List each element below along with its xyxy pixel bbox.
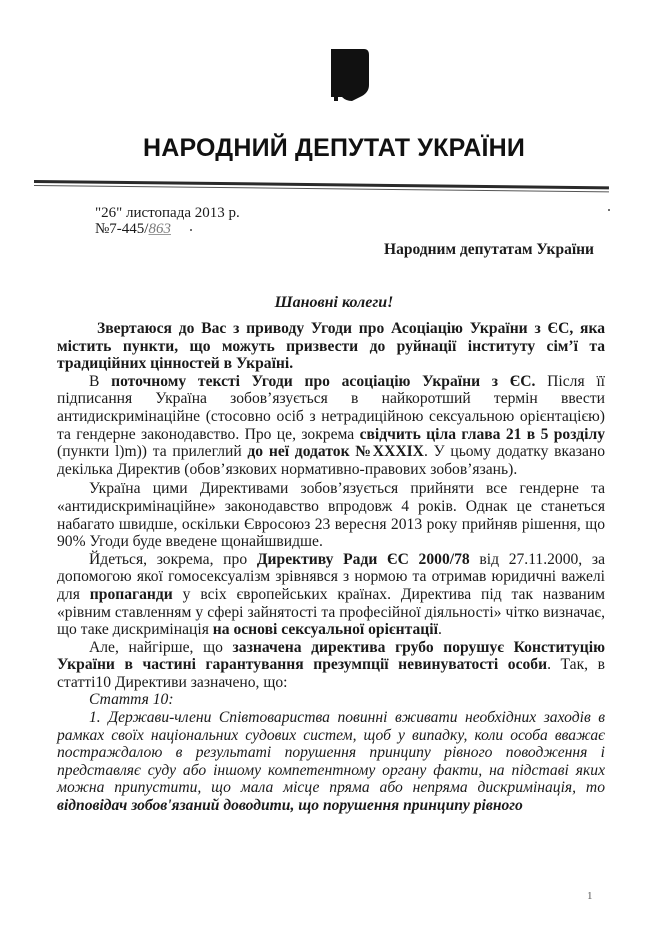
document-heading: НАРОДНИЙ ДЕПУТАТ УКРАЇНИ: [0, 134, 668, 163]
text-run: Але, найгірше, що: [89, 639, 233, 656]
paragraph-4: Йдеться, зокрема, про Директиву Ради ЄС …: [57, 551, 605, 639]
text-run-bold-italic: відповідач зобов'язаний доводити, що пор…: [57, 797, 523, 814]
addressee: Народним депутатам України: [384, 241, 594, 259]
document-number-prefix: №7-445/: [95, 221, 148, 237]
paragraph-1: Звертаюся до Вас з приводу Угоди про Асо…: [57, 320, 605, 373]
scan-speck: [190, 229, 192, 231]
text-run-bold: Директиву Ради ЄС 2000/78: [257, 551, 470, 568]
paragraph-2: В поточному тексті Угоди про асоціацію У…: [57, 373, 605, 479]
letter-body: Звертаюся до Вас з приводу Угоди про Асо…: [57, 320, 605, 815]
scan-speck: [608, 209, 610, 211]
text-run-bold: свідчить ціла глава 21 в 5 розділу: [360, 426, 605, 443]
text-run: Йдеться, зокрема, про: [89, 551, 257, 568]
text-run: (пункти l)m)) та прилеглий: [57, 443, 247, 460]
text-run: .: [438, 621, 442, 638]
article-quote: 1. Держави-члени Співтовариства повинні …: [57, 709, 605, 815]
salutation: Шановні колеги!: [0, 294, 668, 312]
paragraph-3: Україна цими Директивами зобов’язується …: [57, 480, 605, 550]
document-number-handwritten: 863: [148, 221, 171, 237]
document-meta: "26" листопада 2013 р. №7-445/863: [95, 205, 240, 237]
document-number: №7-445/863: [95, 221, 240, 237]
trident-emblem-icon: [330, 47, 370, 101]
text-run: В: [89, 373, 111, 390]
text-run-italic: 1. Держави-члени Співтовариства повинні …: [57, 709, 605, 796]
text-run-bold: на основі сексуальної орієнтації: [213, 621, 438, 638]
document-date: "26" листопада 2013 р.: [95, 205, 240, 221]
article-title: Стаття 10:: [57, 691, 605, 709]
text-run-bold: до неї додаток №XXXIX: [247, 443, 424, 460]
text-run-bold: поточному тексті Угоди про асоціацію Укр…: [111, 373, 535, 390]
page-number: 1: [587, 890, 593, 902]
paragraph-5: Але, найгірше, що зазначена директива гр…: [57, 639, 605, 692]
text-run-bold: пропаганди: [90, 586, 173, 603]
